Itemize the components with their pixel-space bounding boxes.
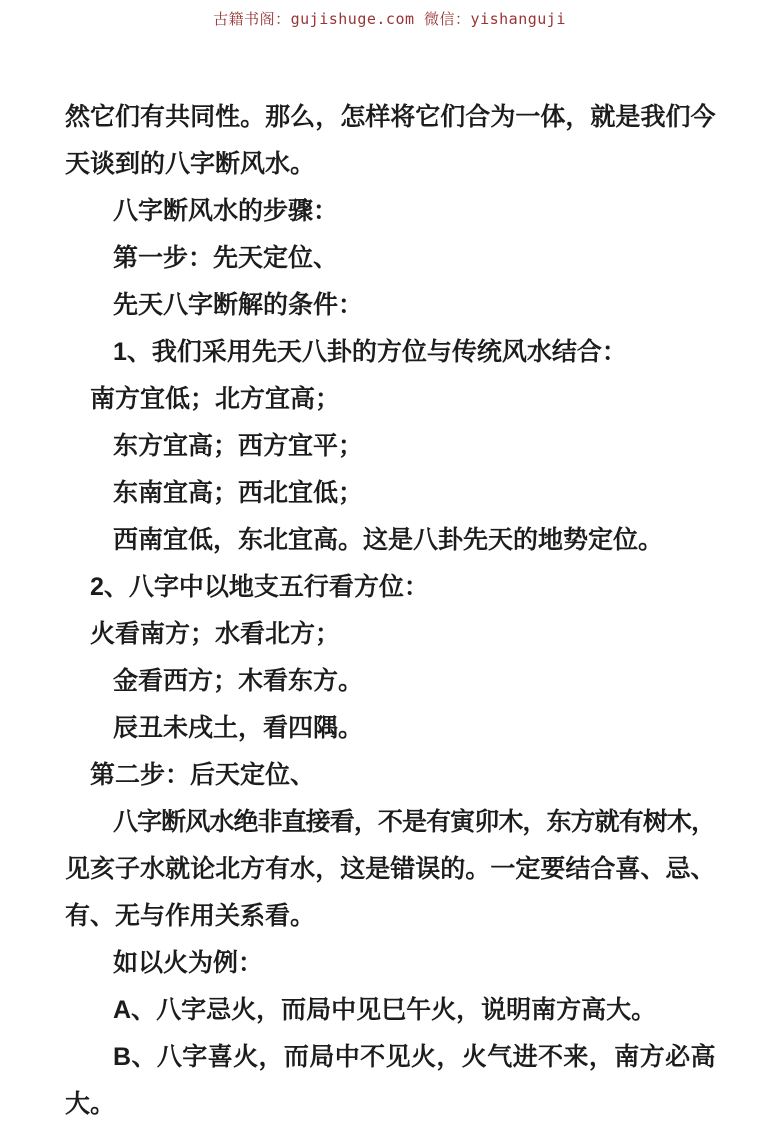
text-line-body: 我们采用先天八卦的方位与传统风水结合： xyxy=(152,339,627,366)
text-line: 八字断风水的步骤： xyxy=(65,188,715,235)
text-line: 辰丑未戌土，看四隅。 xyxy=(65,705,715,752)
text-line: 先天八字断解的条件： xyxy=(65,282,715,329)
text-line: 大。 xyxy=(65,1081,715,1128)
text-line: 如以火为例： xyxy=(65,940,715,987)
text-line: 天谈到的八字断风水。 xyxy=(65,141,715,188)
text-line: 南方宜低；北方宜高； xyxy=(65,376,715,423)
text-line: 金看西方；木看东方。 xyxy=(65,658,715,705)
text-line: 第一步：先天定位、 xyxy=(65,235,715,282)
list-marker: A、 xyxy=(113,996,156,1024)
document-body: 然它们有共同性。那么，怎样将它们合为一体，就是我们今 天谈到的八字断风水。 八字… xyxy=(65,94,715,1128)
text-line: 然它们有共同性。那么，怎样将它们合为一体，就是我们今 xyxy=(65,94,715,141)
watermark-header: 古籍书阁：gujishuge.com 微信：yishanguji xyxy=(0,8,779,29)
text-line: B、八字喜火，而局中不见火，火气进不来，南方必高 xyxy=(65,1034,715,1081)
text-line: 八字断风水绝非直接看，不是有寅卯木，东方就有树木， xyxy=(65,799,715,846)
text-line: 火看南方；水看北方； xyxy=(65,611,715,658)
text-line: 东南宜高；西北宜低； xyxy=(65,470,715,517)
text-line-body: 八字中以地支五行看方位： xyxy=(129,574,429,601)
text-line: 有、无与作用关系看。 xyxy=(65,893,715,940)
document-page: 古籍书阁：gujishuge.com 微信：yishanguji 然它们有共同性… xyxy=(0,0,779,1140)
list-marker: 2、 xyxy=(90,573,129,601)
text-line: 1、我们采用先天八卦的方位与传统风水结合： xyxy=(65,329,715,376)
text-line: A、八字忌火，而局中见巳午火，说明南方高大。 xyxy=(65,987,715,1034)
list-marker: B、 xyxy=(113,1043,157,1071)
text-line: 西南宜低，东北宜高。这是八卦先天的地势定位。 xyxy=(65,517,715,564)
text-line: 第二步：后天定位、 xyxy=(65,752,715,799)
text-line-body: 八字喜火，而局中不见火，火气进不来，南方必高 xyxy=(157,1044,715,1071)
text-line-body: 八字忌火，而局中见巳午火，说明南方高大。 xyxy=(156,997,656,1024)
text-line: 2、八字中以地支五行看方位： xyxy=(65,564,715,611)
list-marker: 1、 xyxy=(113,338,152,366)
text-line: 见亥子水就论北方有水，这是错误的。一定要结合喜、忌、 xyxy=(65,846,715,893)
text-line: 东方宜高；西方宜平； xyxy=(65,423,715,470)
